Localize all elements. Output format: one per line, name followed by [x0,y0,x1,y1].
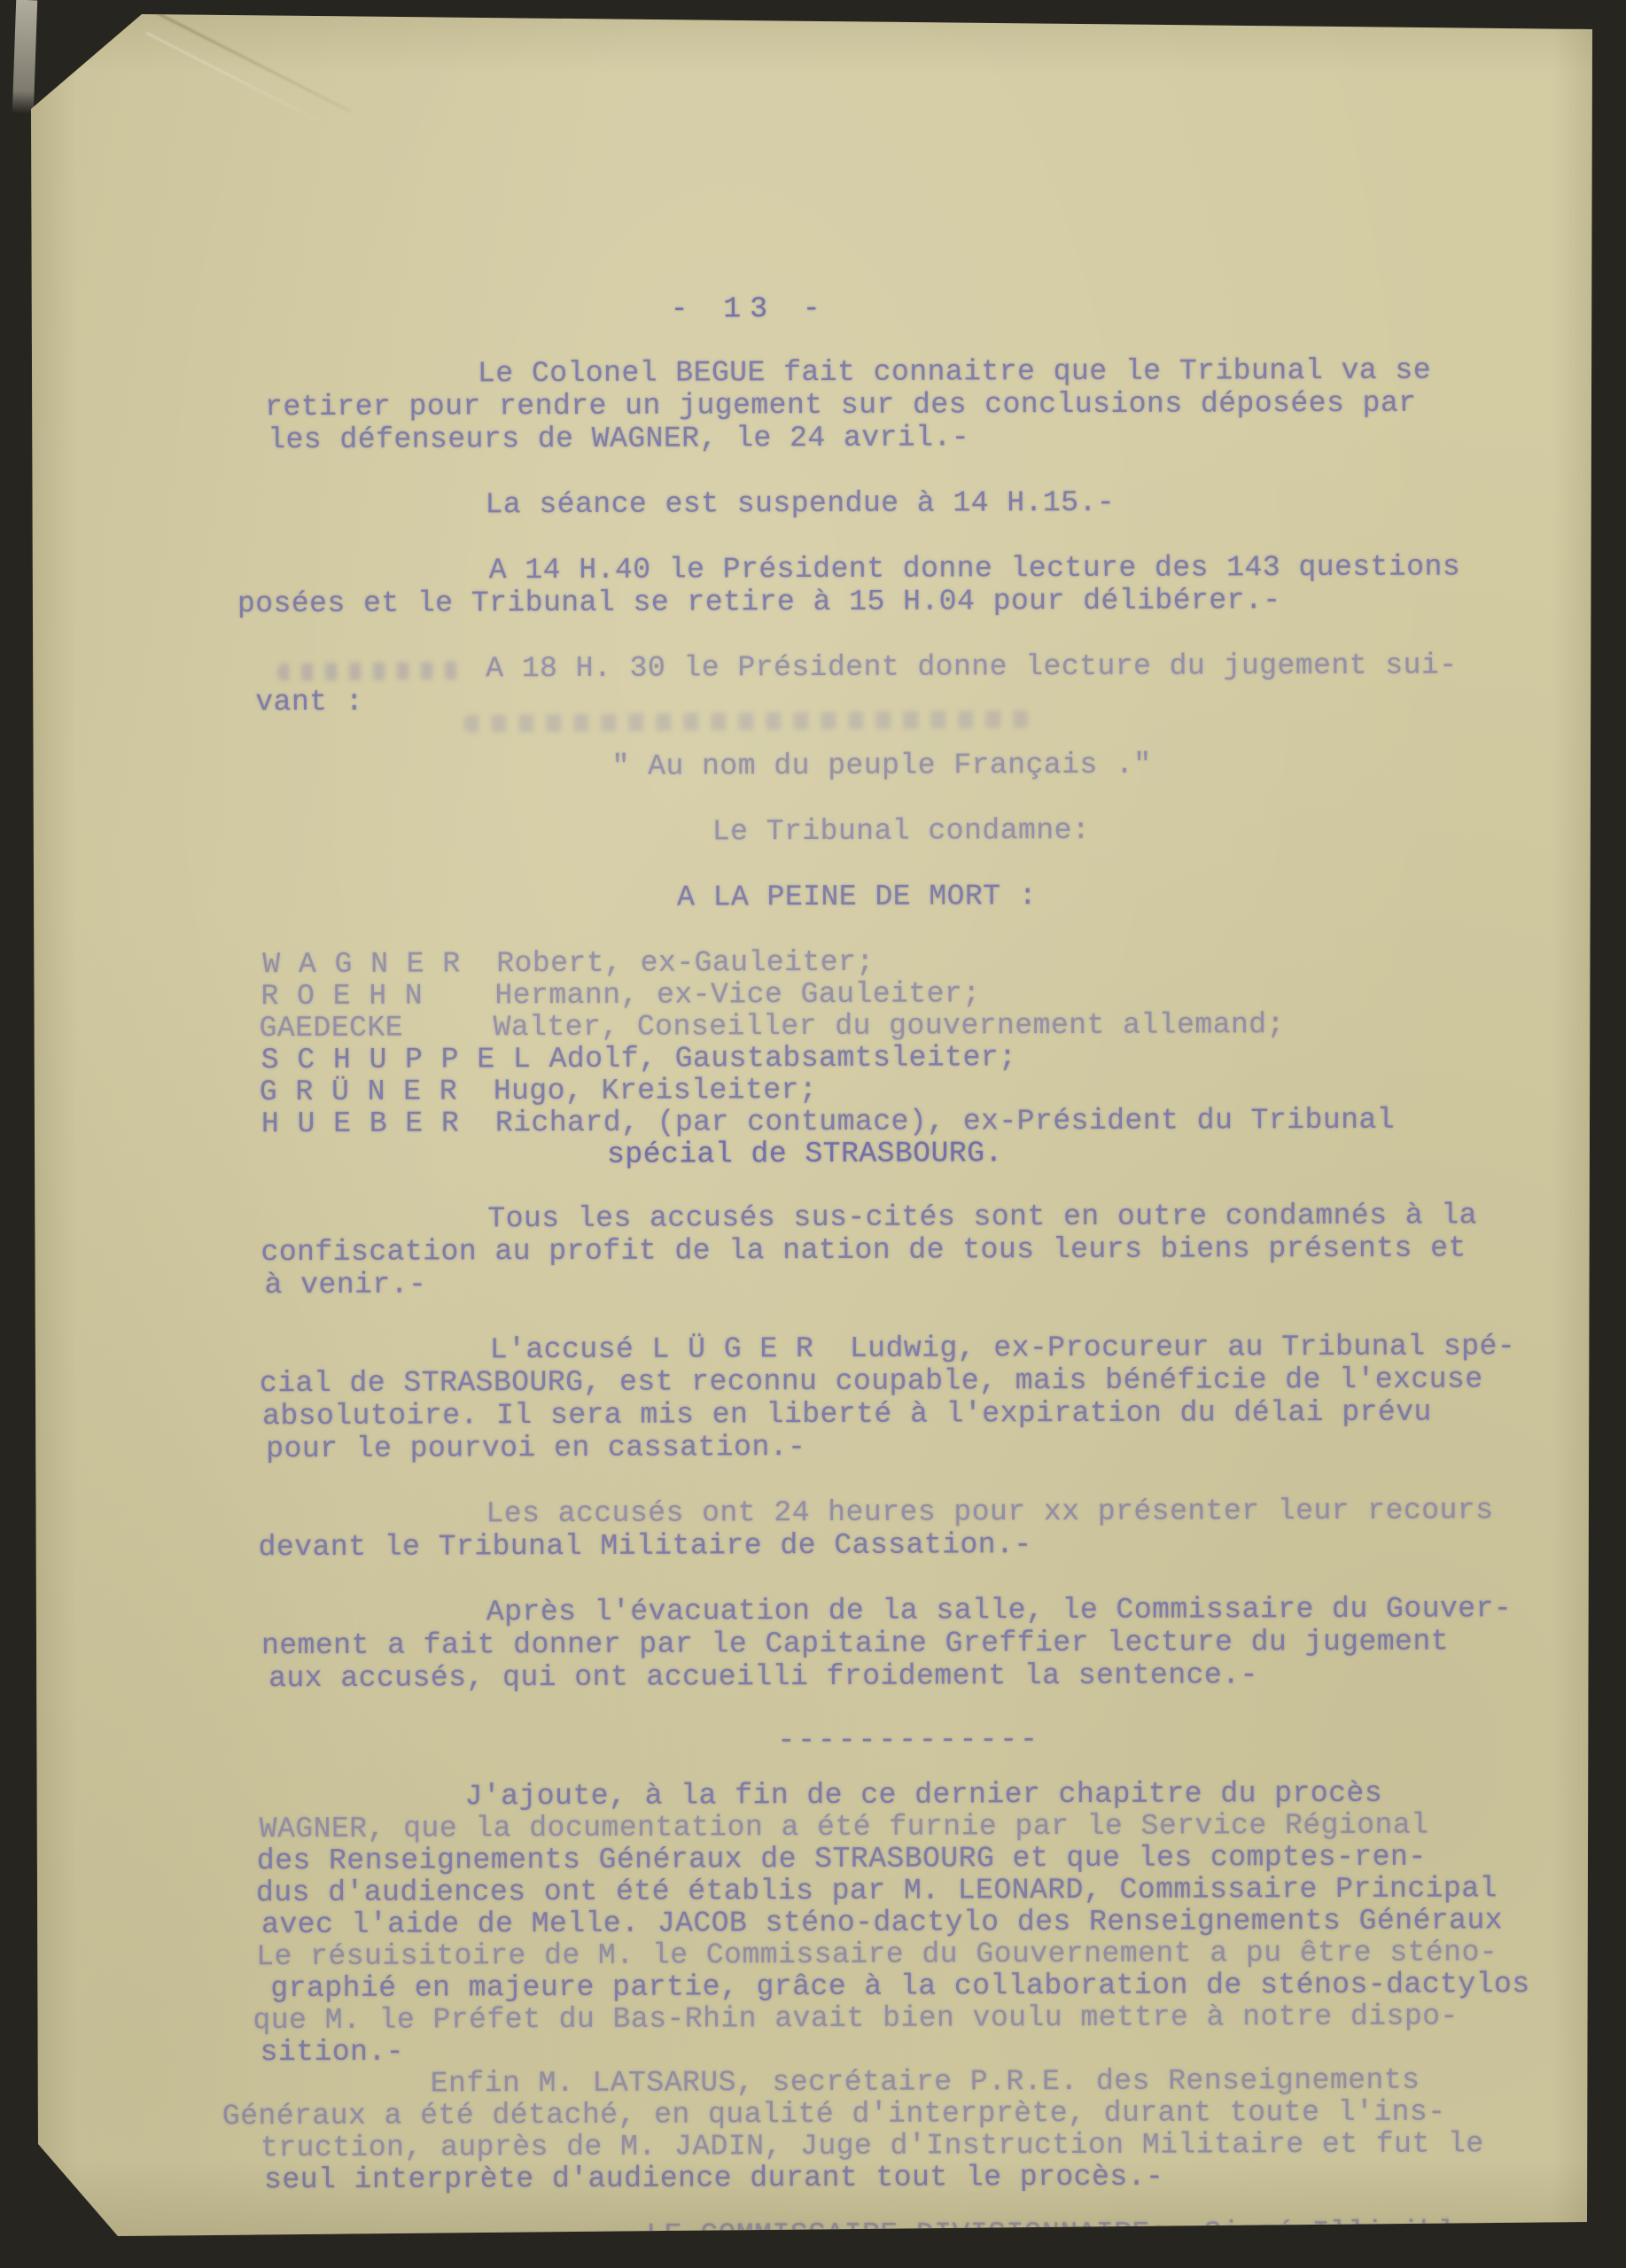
paragraph-line: Après l'évacuation de la salle, le Commi… [486,1592,1512,1628]
paragraph-line: A 18 H. 30 le Président donne lecture du… [486,649,1457,685]
ink-bleed-smudge [277,662,468,681]
page-number: - 13 - [671,292,829,326]
paragraph-line: La séance est suspendue à 14 H.15.- [485,486,1115,521]
paragraph-line: vant : [255,686,363,718]
signature-line: LE COMMISSAIRE DIVISIONNAIRE: Signé Illi… [646,2216,1491,2251]
paragraph-line: Généraux a été détaché, en qualité d'int… [222,2096,1446,2133]
condemned-line: GAEDECKE Walter, Conseiller du gouvernem… [260,1008,1285,1045]
paragraph-line: retirer pour rendre un jugement sur des … [265,387,1417,424]
paragraph-line: seul interprète d'audience durant tout l… [264,2161,1163,2197]
paragraph-line: Le Colonel BEGUE fait connaitre que le T… [478,354,1431,391]
paragraph-line: à venir.- [265,1269,427,1302]
paragraph-line: les défenseurs de WAGNER, le 24 avril.- [268,421,969,456]
quote-line: " Au nom du peuple Français ." [612,749,1152,783]
document-page: - 13 - Le Colonel BEGUE fait connaitre q… [22,7,1599,2249]
condemned-line: spécial de STRASBOURG. [607,1137,1003,1171]
paragraph-line: aux accusés, qui ont accueilli froidemen… [268,1658,1258,1695]
typed-text-layer: - 13 - Le Colonel BEGUE fait connaitre q… [19,4,1604,2251]
adjacent-page-edge [12,0,37,113]
paragraph-line: cial de STRASBOURG, est reconnu coupable… [260,1363,1483,1400]
paragraph-line: que M. le Préfet du Bas-Rhin avait bien … [253,2000,1458,2037]
paragraph-line: Les accusés ont 24 heures pour xx présen… [486,1494,1493,1530]
paragraph-line: confiscation au profit de la nation de t… [261,1231,1466,1269]
paragraph-line: pour le pourvoi en cassation.- [266,1431,805,1465]
paragraph-line: graphié en majeure partie, grâce à la co… [270,1968,1529,2005]
condemned-line: W A G N E R Robert, ex-Gauleiter; [262,946,874,981]
paragraph-line: absolutoire. Il sera mis en liberté à l'… [262,1396,1432,1433]
paragraph-line: truction, auprès de M. JADIN, Juge d'Ins… [261,2127,1484,2164]
paragraph-line: posées et le Tribunal se retire à 15 H.0… [237,584,1281,620]
paragraph-line: L'accusé L Ü G E R Ludwig, ex-Procureur … [490,1330,1515,1366]
paragraph-line: nement a fait donner par le Capitaine Gr… [261,1625,1449,1662]
scan-background: { "colors": { "ink": "#6a68a8", "paper":… [0,0,1626,2268]
paragraph-line: sition.- [261,2036,405,2070]
paragraph-line: des Renseignements Généraux de STRASBOUR… [257,1841,1427,1878]
sentence-heading: A LA PEINE DE MORT : [677,880,1037,913]
paragraph-line: Enfin M. LATSARUS, secrétaire P.R.E. des… [431,2064,1420,2101]
paragraph-line: dus d'audiences ont été établis par M. L… [256,1872,1498,1909]
paragraph-line: J'ajoute, à la fin de ce dernier chapitr… [465,1777,1383,1814]
condemned-line: S C H U P P E L Adolf, Gaustabsamtsleite… [261,1041,1017,1076]
condemned-line: R O E H N Hermann, ex-Vice Gauleiter; [261,977,980,1013]
paragraph-line: WAGNER, que la documentation a été furni… [260,1809,1429,1846]
paragraph-line: Tous les accusés sus-cités sont en outre… [487,1199,1477,1235]
paragraph-line: avec l'aide de Melle. JACOB sténo-dactyl… [261,1904,1503,1941]
paragraph-line: devant le Tribunal Militaire de Cassatio… [259,1528,1032,1564]
tribunal-line: Le Tribunal condamne: [712,814,1091,848]
condemned-line: H U E B E R Richard, (par contumace), ex… [261,1104,1395,1140]
paragraph-line: Le résuisitoire de M. le Commissaire du … [256,1936,1498,1973]
condemned-line: G R Ü N E R Hugo, Kreisleiter; [260,1074,818,1108]
ink-bleed-smudge [463,710,1031,733]
paragraph-line: A 14 H.40 le Président donne lecture des… [489,550,1460,586]
separator-line: ------------- [777,1723,1040,1757]
